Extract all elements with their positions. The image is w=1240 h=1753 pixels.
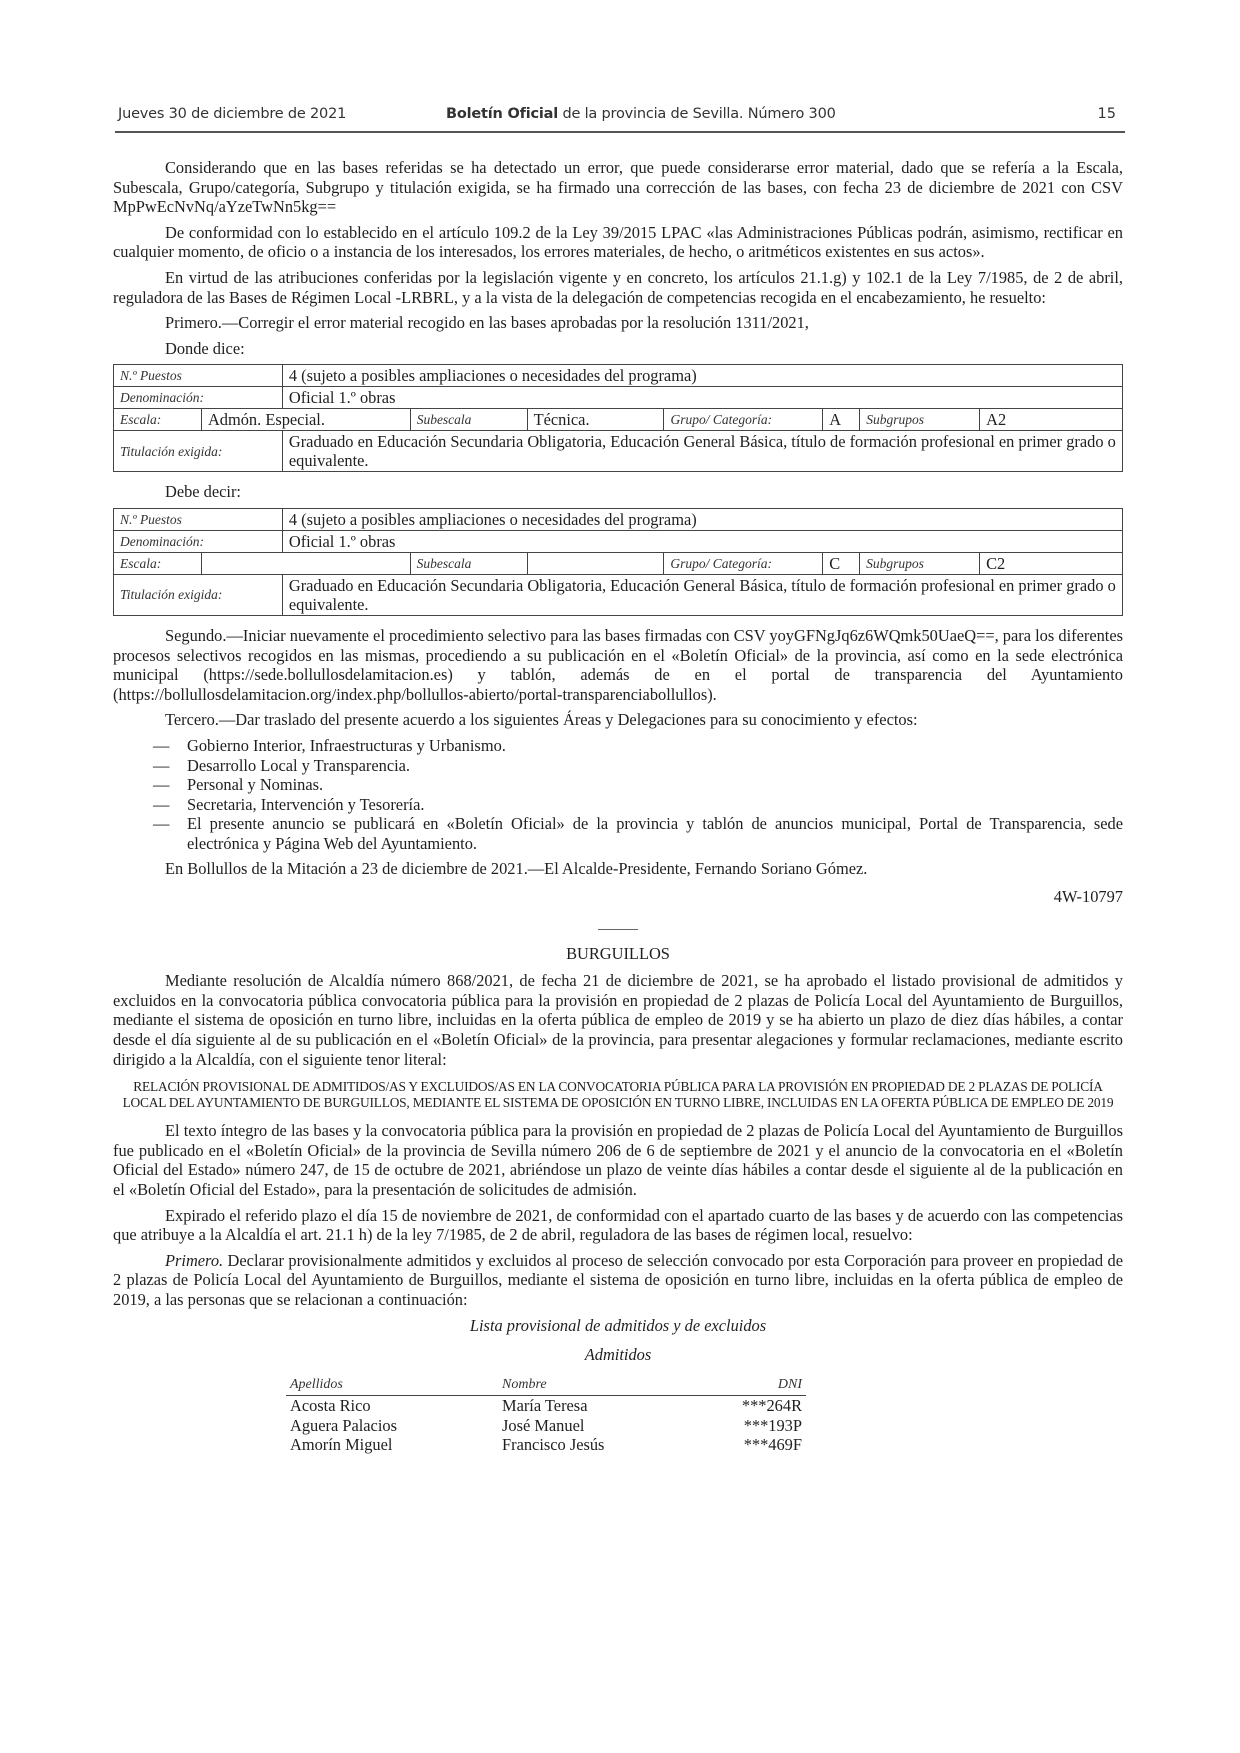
- table-donde-dice: N.º Puestos 4 (sujeto a posibles ampliac…: [113, 364, 1123, 472]
- label-puestos: N.º Puestos: [114, 508, 283, 530]
- label-subescala: Subescala: [410, 409, 527, 431]
- label-titulacion: Titulación exigida:: [114, 574, 283, 615]
- list-item: —Secretaria, Intervención y Tesorería.: [113, 795, 1123, 815]
- paragraph: Mediante resolución de Alcaldía número 8…: [113, 971, 1123, 1069]
- label-grupo: Grupo/ Categoría:: [664, 409, 823, 431]
- table-row: Amorín Miguel Francisco Jesús ***469F: [286, 1435, 806, 1455]
- debe-decir-label: Debe decir:: [113, 482, 1123, 502]
- dash-bullet: —: [113, 756, 187, 776]
- label-titulacion: Titulación exigida:: [114, 431, 283, 472]
- section-separator: [598, 929, 638, 930]
- column-header-apellidos: Apellidos: [286, 1375, 498, 1396]
- list-item-text: El presente anuncio se publicará en «Bol…: [187, 814, 1123, 853]
- dash-bullet: —: [113, 775, 187, 795]
- label-puestos: N.º Puestos: [114, 365, 283, 387]
- page-number: 15: [1098, 106, 1116, 122]
- cell-nombre: Francisco Jesús: [498, 1435, 688, 1455]
- municipality-title: BURGUILLOS: [113, 944, 1123, 964]
- page-header: Jueves 30 de diciembre de 2021 Boletín O…: [118, 104, 1124, 128]
- table-row: N.º Puestos 4 (sujeto a posibles ampliac…: [114, 365, 1123, 387]
- label-denominacion: Denominación:: [114, 530, 283, 552]
- dash-bullet: —: [113, 814, 187, 853]
- primero-text: Declarar provisionalmente admitidos y ex…: [113, 1251, 1123, 1309]
- header-title: Boletín Oficial de la provincia de Sevil…: [446, 106, 836, 122]
- column-header-nombre: Nombre: [498, 1375, 688, 1396]
- cell-apellidos: Acosta Rico: [286, 1396, 498, 1416]
- value-denominacion: Oficial 1.º obras: [282, 530, 1122, 552]
- table-row: Denominación: Oficial 1.º obras: [114, 530, 1123, 552]
- paragraph-primero: Primero. Declarar provisionalmente admit…: [113, 1251, 1123, 1310]
- label-escala: Escala:: [114, 409, 202, 431]
- list-item: —Personal y Nominas.: [113, 775, 1123, 795]
- admitidos-table: Apellidos Nombre DNI Acosta Rico María T…: [286, 1375, 806, 1455]
- table-row: Escala: Subescala Grupo/ Categoría: C Su…: [114, 552, 1123, 574]
- cell-apellidos: Aguera Palacios: [286, 1416, 498, 1436]
- label-subescala: Subescala: [410, 552, 527, 574]
- value-puestos: 4 (sujeto a posibles ampliaciones o nece…: [282, 365, 1122, 387]
- paragraph: El texto íntegro de las bases y la convo…: [113, 1121, 1123, 1199]
- list-item-text: Personal y Nominas.: [187, 775, 1123, 795]
- cell-nombre: José Manuel: [498, 1416, 688, 1436]
- header-title-bold: Boletín Oficial: [446, 106, 558, 122]
- bulletin-page: Jueves 30 de diciembre de 2021 Boletín O…: [0, 0, 1240, 1753]
- document-body: Considerando que en las bases referidas …: [113, 158, 1123, 1455]
- list-item-text: Desarrollo Local y Transparencia.: [187, 756, 1123, 776]
- donde-dice-label: Donde dice:: [113, 339, 1123, 359]
- cell-dni: ***193P: [688, 1416, 806, 1436]
- paragraph-tercero: Tercero.—Dar traslado del presente acuer…: [113, 710, 1123, 730]
- table-row: Aguera Palacios José Manuel ***193P: [286, 1416, 806, 1436]
- table-debe-decir: N.º Puestos 4 (sujeto a posibles ampliac…: [113, 508, 1123, 616]
- list-item-text: Secretaria, Intervención y Tesorería.: [187, 795, 1123, 815]
- table-row: Acosta Rico María Teresa ***264R: [286, 1396, 806, 1416]
- list-item: —El presente anuncio se publicará en «Bo…: [113, 814, 1123, 853]
- list-item-text: Gobierno Interior, Infraestructuras y Ur…: [187, 736, 1123, 756]
- value-grupo: A: [823, 409, 860, 431]
- value-escala: [201, 552, 410, 574]
- table-row: Denominación: Oficial 1.º obras: [114, 387, 1123, 409]
- table-row: N.º Puestos 4 (sujeto a posibles ampliac…: [114, 508, 1123, 530]
- label-subgrupos: Subgrupos: [860, 409, 980, 431]
- cell-dni: ***264R: [688, 1396, 806, 1416]
- column-header-dni: DNI: [688, 1375, 806, 1396]
- value-subescala: [527, 552, 664, 574]
- header-rule: [115, 131, 1125, 133]
- list-item: —Gobierno Interior, Infraestructuras y U…: [113, 736, 1123, 756]
- value-escala: Admón. Especial.: [201, 409, 410, 431]
- list-title: Lista provisional de admitidos y de excl…: [113, 1316, 1123, 1336]
- paragraph: De conformidad con lo establecido en el …: [113, 223, 1123, 262]
- primero-label: Primero.: [165, 1251, 223, 1270]
- paragraph: Considerando que en las bases referidas …: [113, 158, 1123, 217]
- cell-dni: ***469F: [688, 1435, 806, 1455]
- table-row: Titulación exigida: Graduado en Educació…: [114, 574, 1123, 615]
- admitidos-title: Admitidos: [113, 1345, 1123, 1365]
- caps-heading: RELACIÓN PROVISIONAL DE ADMITIDOS/AS Y E…: [113, 1079, 1123, 1111]
- label-grupo: Grupo/ Categoría:: [664, 552, 823, 574]
- label-escala: Escala:: [114, 552, 202, 574]
- dash-bullet: —: [113, 736, 187, 756]
- value-titulacion: Graduado en Educación Secundaria Obligat…: [282, 574, 1122, 615]
- value-denominacion: Oficial 1.º obras: [282, 387, 1122, 409]
- label-subgrupos: Subgrupos: [860, 552, 980, 574]
- header-date: Jueves 30 de diciembre de 2021: [118, 106, 346, 122]
- value-subgrupo: C2: [980, 552, 1123, 574]
- announcement-reference: 4W-10797: [113, 887, 1123, 907]
- paragraph: En virtud de las atribuciones conferidas…: [113, 268, 1123, 307]
- header-title-rest: de la provincia de Sevilla. Número 300: [558, 106, 836, 122]
- paragraph-segundo: Segundo.—Iniciar nuevamente el procedimi…: [113, 626, 1123, 704]
- paragraph: Expirado el referido plazo el día 15 de …: [113, 1206, 1123, 1245]
- value-titulacion: Graduado en Educación Secundaria Obligat…: [282, 431, 1122, 472]
- delegations-list: —Gobierno Interior, Infraestructuras y U…: [113, 736, 1123, 854]
- label-denominacion: Denominación:: [114, 387, 283, 409]
- table-row: Titulación exigida: Graduado en Educació…: [114, 431, 1123, 472]
- cell-nombre: María Teresa: [498, 1396, 688, 1416]
- value-puestos: 4 (sujeto a posibles ampliaciones o nece…: [282, 508, 1122, 530]
- cell-apellidos: Amorín Miguel: [286, 1435, 498, 1455]
- table-row: Escala: Admón. Especial. Subescala Técni…: [114, 409, 1123, 431]
- signature-line: En Bollullos de la Mitación a 23 de dici…: [113, 859, 1123, 879]
- table-header-row: Apellidos Nombre DNI: [286, 1375, 806, 1396]
- value-subescala: Técnica.: [527, 409, 664, 431]
- dash-bullet: —: [113, 795, 187, 815]
- paragraph-primero: Primero.—Corregir el error material reco…: [113, 313, 1123, 333]
- list-item: —Desarrollo Local y Transparencia.: [113, 756, 1123, 776]
- value-subgrupo: A2: [980, 409, 1123, 431]
- value-grupo: C: [823, 552, 860, 574]
